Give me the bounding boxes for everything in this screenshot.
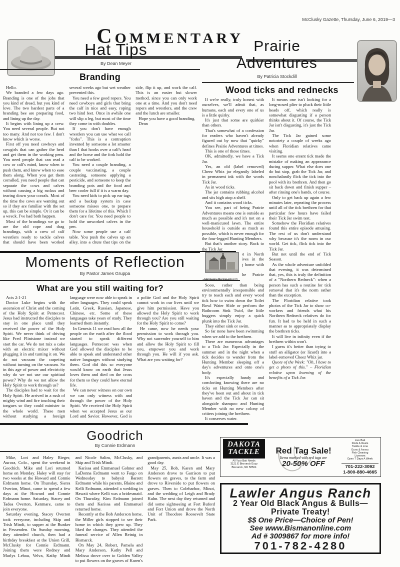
lawler-angus-ranch-ad: Lawler Angus Ranch 2 Year Old Black Angu… [220, 483, 381, 554]
dakota-address: All Your Bait Needs3121 E Bismarck ExpyB… [230, 460, 257, 470]
goodrich-article-text: Mike, Lori and Haley Rieger, Aurora, Col… [3, 455, 215, 565]
hat-tips-rule [0, 69, 200, 70]
dakota-tackle-ad: DAKOTA TACKLE All Your Bait Needs3121 E … [220, 437, 381, 477]
branding-headline: Branding [0, 72, 200, 82]
dakota-items-list: Live BaitRods & ReelsTackle & LineGuns &… [342, 439, 379, 461]
prairie-adventures-title: Prairie Adventures [212, 38, 342, 72]
goodrich-rule [0, 451, 230, 452]
lawler-title: Lawler Angus Ranch [230, 487, 372, 500]
branding-article-text: Hello.We branded a few days ago. Brandin… [3, 85, 197, 247]
wood-ticks-headline: Wood ticks and rednecks [202, 85, 362, 95]
quote-of-the-week: Quote of the Week: "Oh, I have to get a … [269, 360, 331, 381]
newspaper-page: McClusky Gazette, Thursday, June 6, 2019… [0, 0, 400, 567]
church-photo [205, 252, 239, 273]
goodrich-byline: By Connie Erdmann [0, 443, 230, 448]
dateline: McClusky Gazette, Thursday, June 6, 2019… [230, 17, 395, 22]
waiting-article-text: Acts 2:1-21Doctor Luke begins with the a… [3, 295, 199, 421]
dakota-phone-2: 1-800-880-4665 [342, 470, 379, 476]
church-photo-block: McClusky Baptist Church [200, 252, 242, 279]
dakota-tackle-logo-block: DAKOTA TACKLE All Your Bait Needs3121 E … [223, 439, 266, 475]
fish-hooks-icon [270, 446, 325, 476]
prairie-title-line1: Prairie [212, 38, 342, 55]
hat-tips-title: Hat Tips [55, 42, 177, 60]
dakota-tackle-logo: DAKOTA TACKLE [223, 439, 265, 459]
waiting-headline: What are you still waiting for? [0, 283, 200, 293]
prairie-rule [202, 82, 354, 83]
moments-title: Moments of Reflection [0, 254, 210, 271]
hat-tips-byline: By Dean Meyer [55, 61, 177, 66]
lawler-line1: 2 Year Old Black Angus & Bulls— [233, 500, 368, 509]
cowboy-hat-photo [7, 39, 55, 76]
prairie-title-line2: Adventures [212, 55, 342, 72]
moments-byline: By Pastor James Gruppa [0, 271, 210, 276]
lawler-phone: 701-782-4280 [254, 541, 347, 552]
portrait-graphic [358, 41, 396, 101]
dakota-logo-line2: TACKLE [223, 449, 265, 457]
columnist-portrait-photo [357, 40, 397, 102]
prairie-byline: By Patricia Stockdill [212, 74, 342, 79]
goodrich-top-rule [0, 423, 248, 425]
church-photo-caption: McClusky Baptist Church [200, 278, 242, 281]
goodrich-title: Goodrich [0, 428, 230, 443]
